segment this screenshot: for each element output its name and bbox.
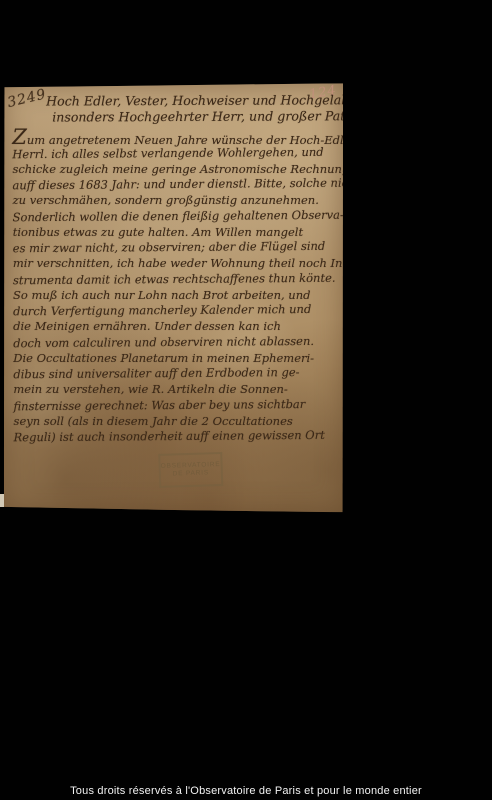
letter-body: Zum angetretenem Neuen Jahre wünsche der… (12, 129, 341, 445)
photo-canvas: 3249 124 Hoch Edler, Vester, Hochweiser … (0, 0, 492, 800)
manuscript-line: doch vom calculiren und observiren nicht… (13, 333, 341, 351)
manuscript-line: finsternisse gerechnet: Was aber bey uns… (13, 396, 341, 414)
observatory-stamp: OBSERVATOIRE DE PARIS (158, 452, 223, 488)
manuscript-line: mir verschnitten, ich habe weder Wohnung… (13, 256, 341, 272)
copyright-caption: Tous droits réservés à l'Observatoire de… (0, 785, 492, 797)
manuscript-line: mein zu verstehen, wie R. Artikeln die S… (13, 382, 341, 398)
letter-heading: Hoch Edler, Vester, Hochweiser und Hochg… (46, 92, 342, 125)
manuscript-line: die Meinigen ernähren. Under dessen kan … (13, 319, 341, 335)
manuscript-line: tionibus etwas zu gute halten. Am Willen… (13, 224, 341, 240)
page-edge-sliver (0, 494, 4, 507)
manuscript-line: schicke zugleich meine geringe Astronomi… (12, 161, 340, 177)
manuscript-line: Die Occultationes Planetarum in meinen E… (13, 350, 341, 366)
manuscript-line: Zum angetretenem Neuen Jahre wünsche der… (12, 130, 340, 146)
manuscript-line: strumenta damit ich etwas rechtschaffene… (13, 270, 341, 288)
stamp-line-2: DE PARIS (173, 469, 209, 478)
manuscript-line: Herrl. ich alles selbst verlangende Wohl… (12, 144, 340, 162)
manuscript-line: Sonderlich wollen die denen fleißig geha… (13, 207, 341, 225)
manuscript-line: zu verschmähen, sondern großgünstig anzu… (13, 193, 341, 209)
manuscript-line: dibus sind universaliter auff den Erdbod… (13, 365, 341, 383)
manuscript-line: Reguli) ist auch insonderheit auff einen… (14, 428, 342, 446)
archive-number: 3249 (6, 86, 48, 111)
manuscript-line: So muß ich auch nur Lohn nach Brot arbei… (13, 287, 341, 303)
manuscript-line: seyn soll (als in diesem Jahr die 2 Occu… (14, 413, 342, 429)
manuscript-line: auff dieses 1683 Jahr: und under dienstl… (12, 176, 340, 194)
manuscript-line: es mir zwar nicht, zu observiren; aber d… (13, 239, 341, 257)
manuscript-page: 3249 124 Hoch Edler, Vester, Hochweiser … (2, 83, 345, 513)
heading-line-1: Hoch Edler, Vester, Hochweiser und Hochg… (46, 92, 342, 109)
manuscript-line: durch Verfertigung mancherley Kalender m… (13, 302, 341, 320)
heading-line-2: insonders Hochgeehrter Herr, und großer … (46, 108, 342, 125)
